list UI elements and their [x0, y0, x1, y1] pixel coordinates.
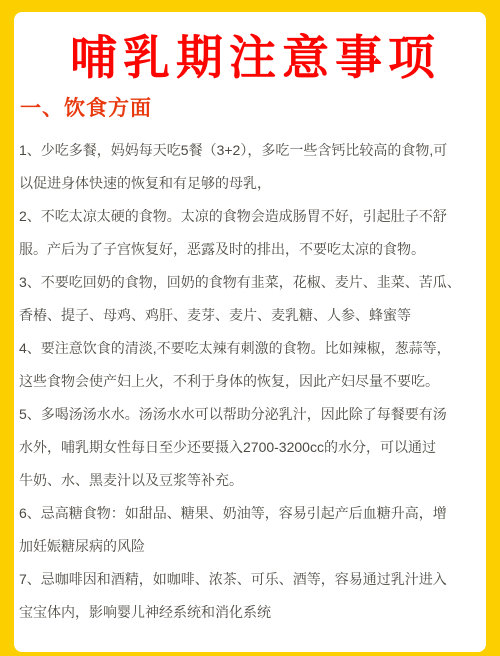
notes-list: 1、少吃多餐，妈妈每天吃5餐（3+2），多吃一些含钙比较高的食物,可 以促进身体…	[19, 134, 486, 629]
page-frame: 哺乳期注意事项 一、饮食方面 1、少吃多餐，妈妈每天吃5餐（3+2），多吃一些含…	[0, 0, 500, 656]
section-heading: 一、饮食方面	[20, 97, 486, 121]
list-item-1: 1、少吃多餐，妈妈每天吃5餐（3+2），多吃一些含钙比较高的食物,可 以促进身体…	[19, 134, 486, 200]
list-item-7: 7、忌咖啡因和酒精，如咖啡、浓茶、可乐、酒等，容易通过乳汁进入 宝宝体内，影响婴…	[19, 563, 486, 629]
list-item-2: 2、不吃太凉太硬的食物。太凉的食物会造成肠胃不好，引起肚子不舒 服。产后为了子宫…	[19, 200, 486, 266]
list-item-5: 5、多喝汤汤水水。汤汤水水可以帮助分泌乳汁，因此除了每餐要有汤 水外，哺乳期女性…	[19, 398, 486, 497]
list-item-3: 3、不要吃回奶的食物，回奶的食物有韭菜，花椒、麦片、韭菜、苦瓜、 香椿、提子、母…	[19, 266, 486, 332]
content-card: 哺乳期注意事项 一、饮食方面 1、少吃多餐，妈妈每天吃5餐（3+2），多吃一些含…	[14, 12, 486, 652]
page-title: 哺乳期注意事项	[19, 34, 486, 81]
list-item-6: 6、忌高糖食物：如甜品、糖果、奶油等，容易引起产后血糖升高，增 加妊娠糖尿病的风…	[19, 497, 486, 563]
list-item-4: 4、要注意饮食的清淡,不要吃太辣有刺激的食物。比如辣椒，葱蒜等， 这些食物会使产…	[19, 332, 486, 398]
